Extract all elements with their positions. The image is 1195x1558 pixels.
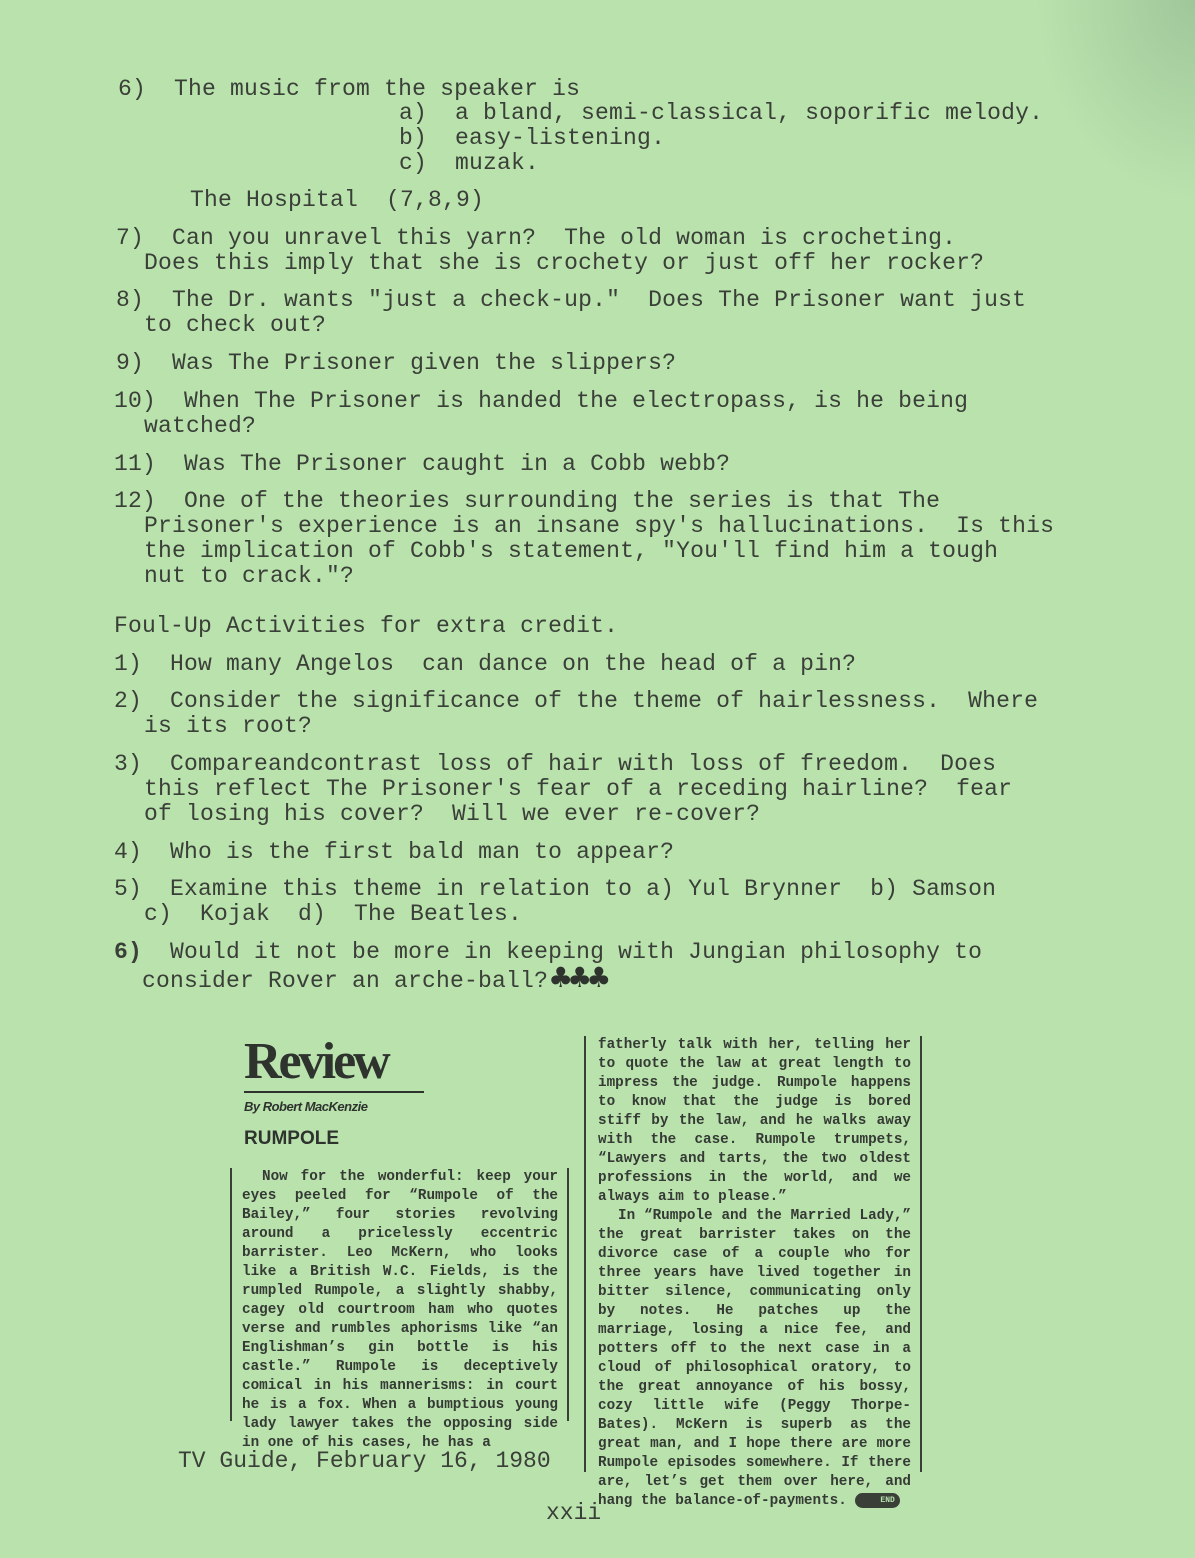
- option-letter: c): [399, 150, 427, 176]
- question-number: 6): [118, 76, 146, 102]
- question-8-line-2: to check out?: [144, 313, 326, 338]
- question-12-line-3: the implication of Cobb's statement, "Yo…: [144, 539, 998, 564]
- paragraph: Now for the wonderful: keep your eyes pe…: [242, 1168, 558, 1453]
- club-ornament-icon: ♣♣♣: [548, 961, 605, 994]
- column-2-left-rule: [584, 1036, 586, 1472]
- question-12-line-2: Prisoner's experience is an insane spy's…: [144, 514, 1054, 539]
- extra-3-line-3: of losing his cover? Will we ever re-cov…: [144, 802, 760, 827]
- question-12-line-4: nut to crack."?: [144, 564, 354, 589]
- question-7-line-1: 7) Can you unravel this yarn? The old wo…: [116, 226, 956, 251]
- extra-2-line-2: is its root?: [144, 714, 312, 739]
- paragraph: In “Rumpole and the Married Lady,” the g…: [598, 1207, 911, 1511]
- extra-3-line-1: 3) Compareandcontrast loss of hair with …: [114, 752, 996, 777]
- paragraph: fatherly talk with her, telling her to q…: [598, 1036, 911, 1207]
- question-7-line-2: Does this imply that she is crochety or …: [144, 251, 984, 276]
- option-a: a) a bland, semi-classical, soporific me…: [399, 101, 1043, 126]
- review-column-2: fatherly talk with her, telling her to q…: [598, 1036, 911, 1511]
- extra-2-line-1: 2) Consider the significance of the them…: [114, 689, 1038, 714]
- question-10-line-1: 10) When The Prisoner is handed the elec…: [114, 389, 968, 414]
- section-heading-hospital: The Hospital (7,8,9): [190, 188, 484, 213]
- masthead-rule: [244, 1091, 424, 1093]
- option-text: easy-listening.: [455, 125, 665, 151]
- review-column-1: Now for the wonderful: keep your eyes pe…: [242, 1168, 558, 1453]
- extra-credit-heading: Foul-Up Activities for extra credit.: [114, 614, 618, 639]
- option-letter: b): [399, 125, 427, 151]
- page-number: xxii: [546, 1500, 601, 1526]
- question-11: 11) Was The Prisoner caught in a Cobb we…: [114, 452, 730, 477]
- extra-4: 4) Who is the first bald man to appear?: [114, 840, 674, 865]
- option-b: b) easy-listening.: [399, 126, 665, 151]
- clipping-source: TV Guide, February 16, 1980: [178, 1448, 551, 1474]
- extra-5-line-1: 5) Examine this theme in relation to a) …: [114, 877, 996, 902]
- question-text: The music from the speaker is: [174, 76, 580, 102]
- option-c: c) muzak.: [399, 151, 539, 176]
- question-9: 9) Was The Prisoner given the slippers?: [116, 351, 676, 376]
- review-byline: By Robert MacKenzie: [244, 1099, 367, 1114]
- page-shadow: [1035, 0, 1195, 200]
- question-12-line-1: 12) One of the theories surrounding the …: [114, 489, 940, 514]
- review-masthead: Review: [244, 1036, 388, 1088]
- option-text: muzak.: [455, 150, 539, 176]
- extra-3-line-2: this reflect The Prisoner's fear of a re…: [144, 777, 1012, 802]
- column-1-left-rule: [230, 1168, 232, 1421]
- end-mark-icon: END: [855, 1493, 899, 1508]
- column-1-right-rule: [567, 1168, 569, 1421]
- option-text: a bland, semi-classical, soporific melod…: [455, 100, 1043, 126]
- review-headline: RUMPOLE: [244, 1128, 339, 1150]
- review-title: Review: [244, 1036, 388, 1088]
- question-6: 6) The music from the speaker is: [118, 77, 580, 102]
- question-8-line-1: 8) The Dr. wants "just a check-up." Does…: [116, 288, 1026, 313]
- extra-5-line-2: c) Kojak d) The Beatles.: [144, 902, 522, 927]
- option-letter: a): [399, 100, 427, 126]
- extra-1: 1) How many Angelos can dance on the hea…: [114, 652, 856, 677]
- column-2-right-rule: [920, 1036, 922, 1472]
- extra-6-line-2: consider Rover an arche-ball?♣♣♣: [142, 965, 605, 994]
- question-10-line-2: watched?: [144, 414, 256, 439]
